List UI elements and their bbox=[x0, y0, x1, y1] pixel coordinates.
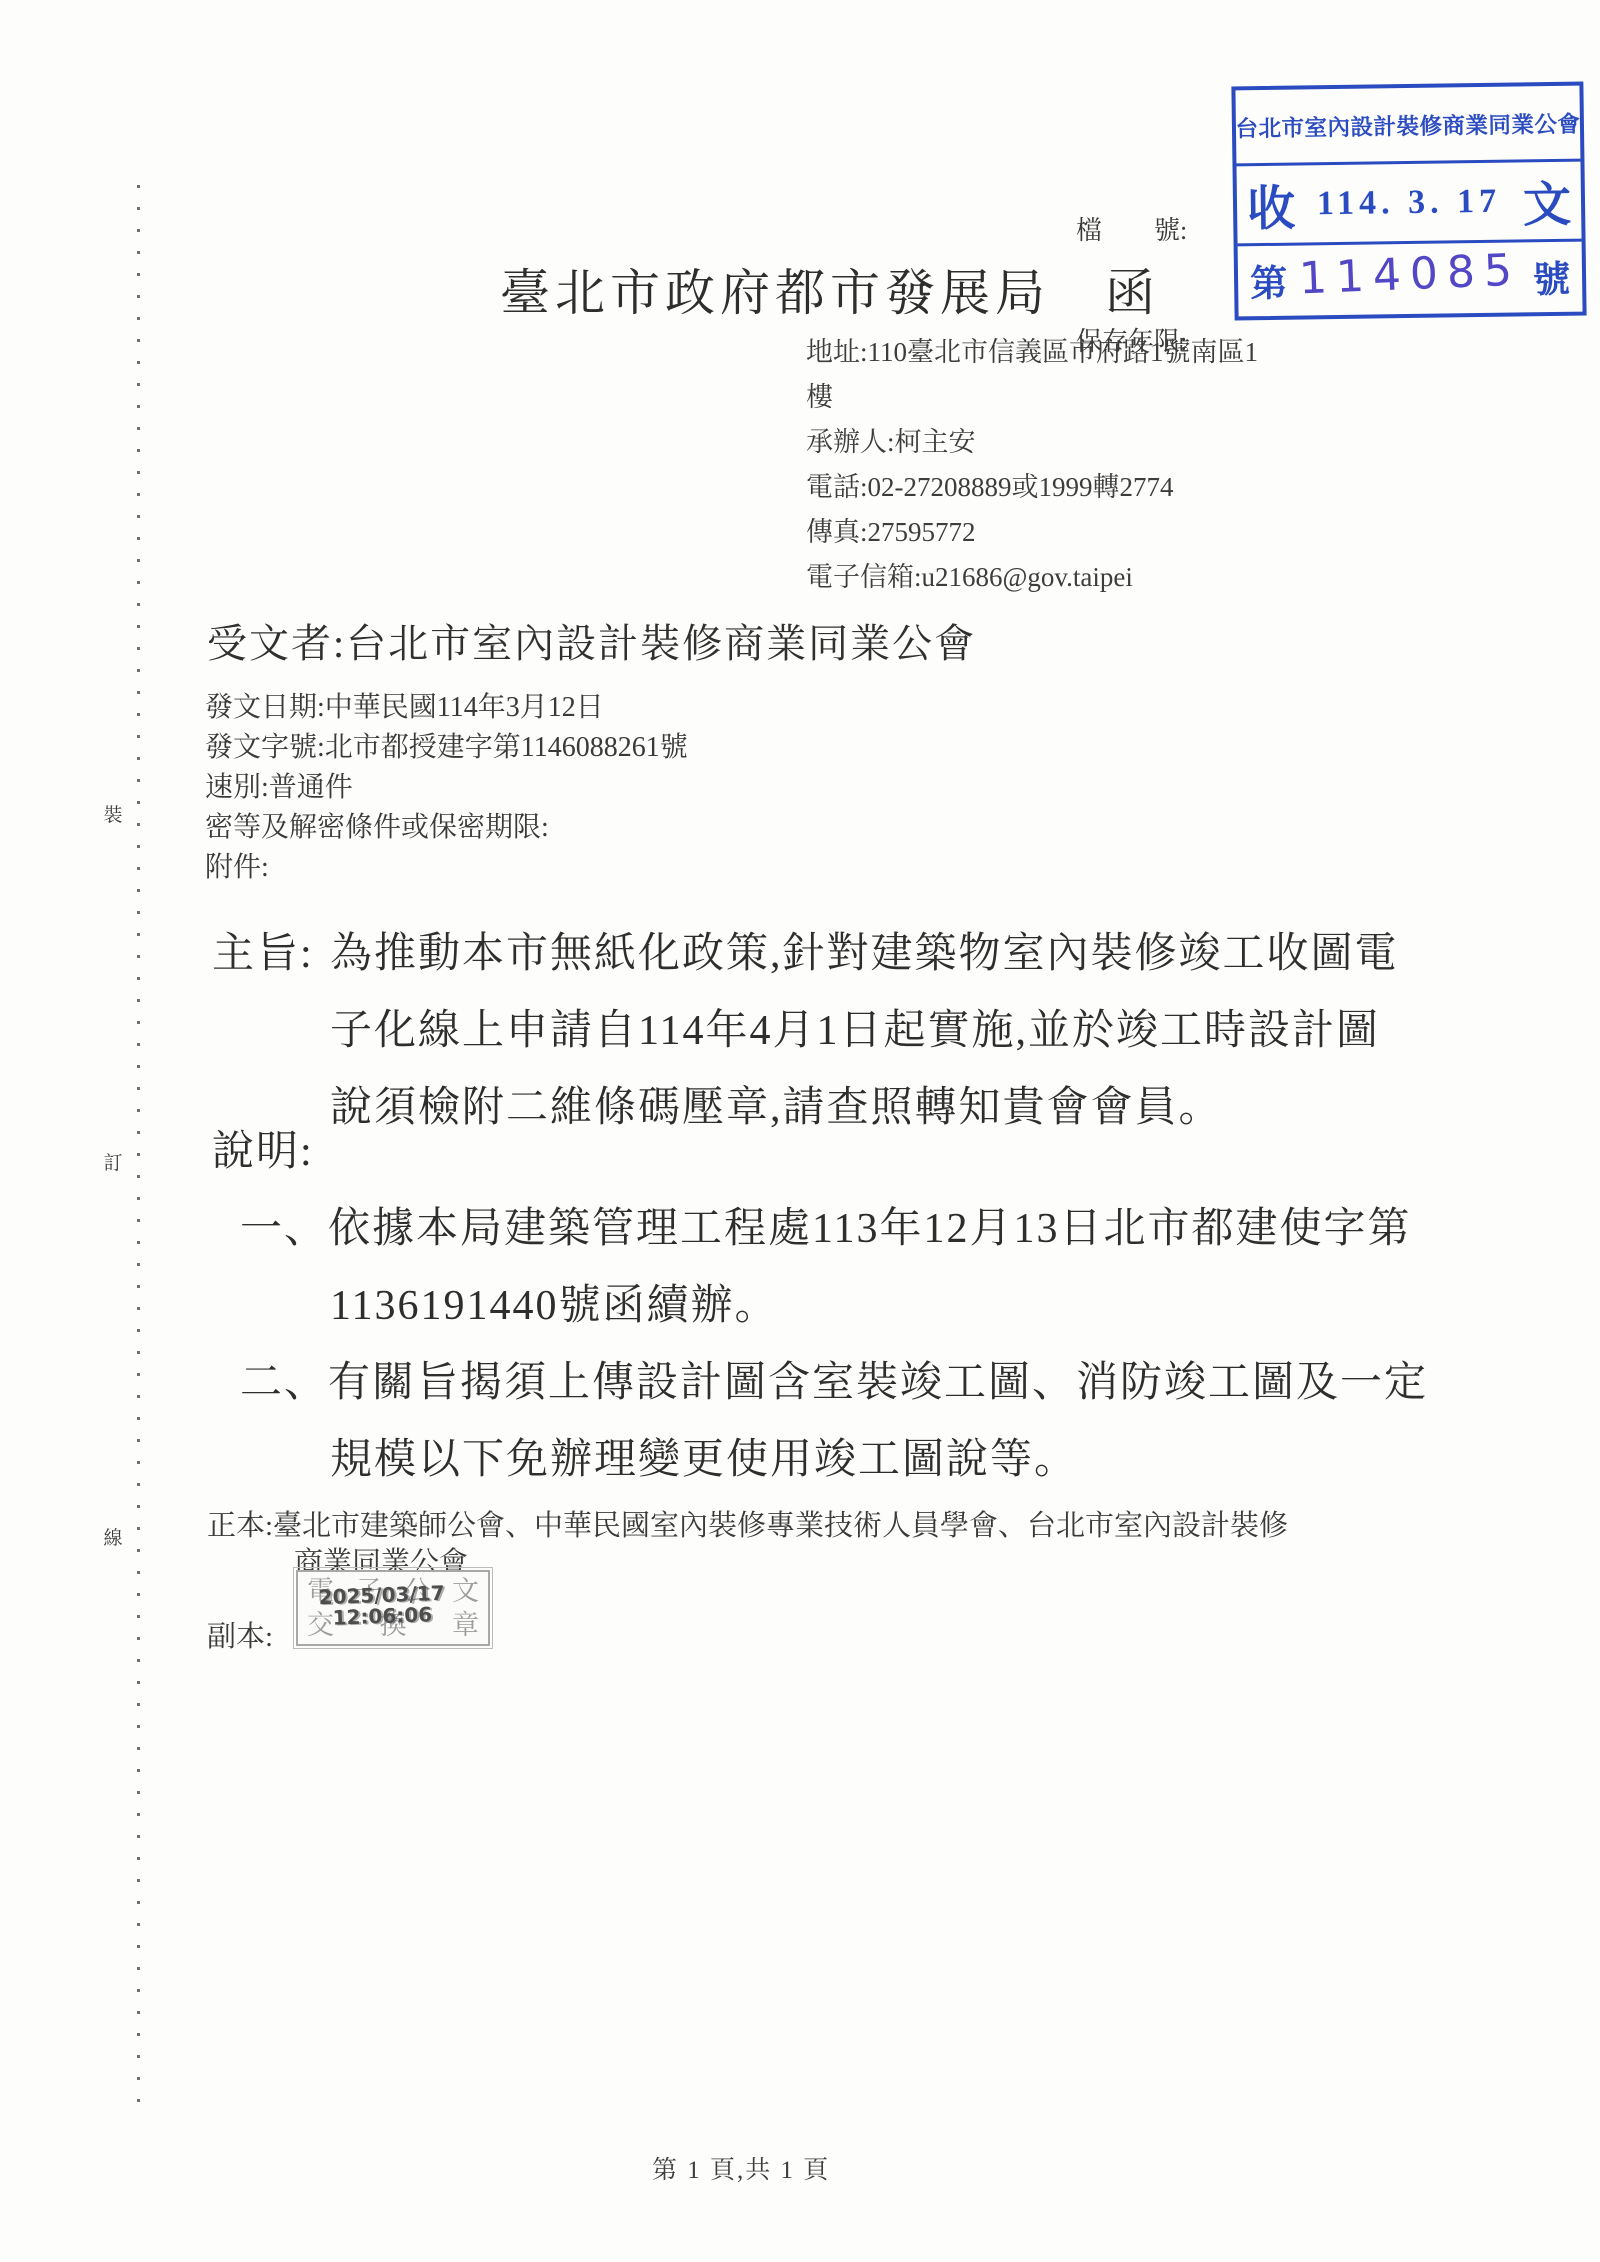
sender-address-line2: 樓 bbox=[806, 375, 1258, 420]
stamp-number-prefix: 第 bbox=[1250, 252, 1288, 307]
stamp-number-suffix: 號 bbox=[1533, 248, 1571, 303]
sender-contact-person: 承辦人:柯主安 bbox=[806, 420, 1258, 465]
description-item1-cont: 1136191440號函續辦。 bbox=[212, 1272, 1472, 1349]
description-label: 說明: bbox=[212, 1118, 1472, 1195]
description-item2-cont: 規模以下免辦理變更使用竣工圖說等。 bbox=[212, 1426, 1472, 1503]
stamp-receive-char: 收 bbox=[1247, 170, 1296, 240]
sender-info: 地址:110臺北市信義區市府路1號南區1 樓 承辦人:柯主安 電話:02-272… bbox=[806, 330, 1258, 600]
document-title: 臺北市政府都市發展局 函 bbox=[500, 253, 1160, 325]
meta-issue-date: 發文日期:中華民國114年3月12日 bbox=[205, 688, 688, 728]
document-page: 裝 訂 線 檔 號: 保存年限: 台北市室內設計裝修商業同業公會 收 114. … bbox=[0, 0, 1600, 2262]
receipt-stamp: 台北市室內設計裝修商業同業公會 收 114. 3. 17 文 第 114085 … bbox=[1231, 82, 1586, 321]
description-block: 說明: 一、依據本局建築管理工程處113年12月13日北市都建使字第 11361… bbox=[212, 1118, 1472, 1503]
subject-label: 主旨: bbox=[212, 920, 314, 980]
meta-attachment: 附件: bbox=[205, 848, 688, 888]
subject-text: 為推動本市無紙化政策,針對建築物室內裝修竣工收圖電 子化線上申請自114年4月1… bbox=[212, 920, 1472, 1151]
stamp-receive-row: 收 114. 3. 17 文 bbox=[1237, 162, 1582, 247]
meta-block: 發文日期:中華民國114年3月12日 發文字號:北市都授建字第114608826… bbox=[205, 688, 688, 888]
page-footer: 第 1 頁,共 1 頁 bbox=[652, 2150, 830, 2186]
file-number-label: 檔 號: bbox=[1076, 212, 1187, 249]
sender-email: 電子信箱:u21686@gov.taipei bbox=[806, 555, 1258, 600]
exchange-stamp-datetime: 2025/03/17 12:06:06 bbox=[301, 1582, 462, 1630]
subject-block: 主旨: 為推動本市無紙化政策,針對建築物室內裝修竣工收圖電 子化線上申請自114… bbox=[212, 920, 1472, 1151]
stamp-doc-char: 文 bbox=[1523, 166, 1572, 236]
binding-mark-ding: 訂 bbox=[96, 1148, 130, 1175]
meta-speed: 速別:普通件 bbox=[205, 768, 688, 808]
binding-dotted-line bbox=[137, 185, 140, 2115]
description-item2: 二、有關旨揭須上傳設計圖含室裝竣工圖、消防竣工圖及一定 bbox=[212, 1349, 1472, 1426]
stamp-org-name: 台北市室內設計裝修商業同業公會 bbox=[1235, 86, 1580, 167]
original-copy-line1: 正本:臺北市建築師公會、中華民國室內裝修專業技術人員學會、台北市室內設計裝修 bbox=[207, 1508, 1288, 1545]
binding-mark-xian: 線 bbox=[96, 1523, 130, 1550]
binding-mark-zhuang: 裝 bbox=[96, 800, 130, 827]
stamp-receive-date: 114. 3. 17 bbox=[1317, 182, 1502, 223]
e-doc-exchange-stamp: 電子公文 交換章 2025/03/17 12:06:06 bbox=[296, 1570, 490, 1646]
recipient-line: 受文者:台北市室內設計裝修商業同業公會 bbox=[207, 612, 976, 669]
stamp-number-row: 第 114085 號 bbox=[1238, 242, 1583, 314]
description-item1: 一、依據本局建築管理工程處113年12月13日北市都建使字第 bbox=[212, 1195, 1472, 1272]
stamp-handwritten-number: 114085 bbox=[1298, 245, 1522, 305]
meta-doc-number: 發文字號:北市都授建字第1146088261號 bbox=[205, 728, 688, 768]
subject-line: 子化線上申請自114年4月1日起實施,並於竣工時設計圖 bbox=[212, 997, 1472, 1074]
meta-security: 密等及解密條件或保密期限: bbox=[205, 808, 688, 848]
sender-fax: 傳真:27595772 bbox=[806, 510, 1258, 555]
subject-line: 為推動本市無紙化政策,針對建築物室內裝修竣工收圖電 bbox=[212, 920, 1472, 997]
sender-phone: 電話:02-27208889或1999轉2774 bbox=[806, 465, 1258, 510]
sender-address-line1: 地址:110臺北市信義區市府路1號南區1 bbox=[806, 330, 1258, 375]
